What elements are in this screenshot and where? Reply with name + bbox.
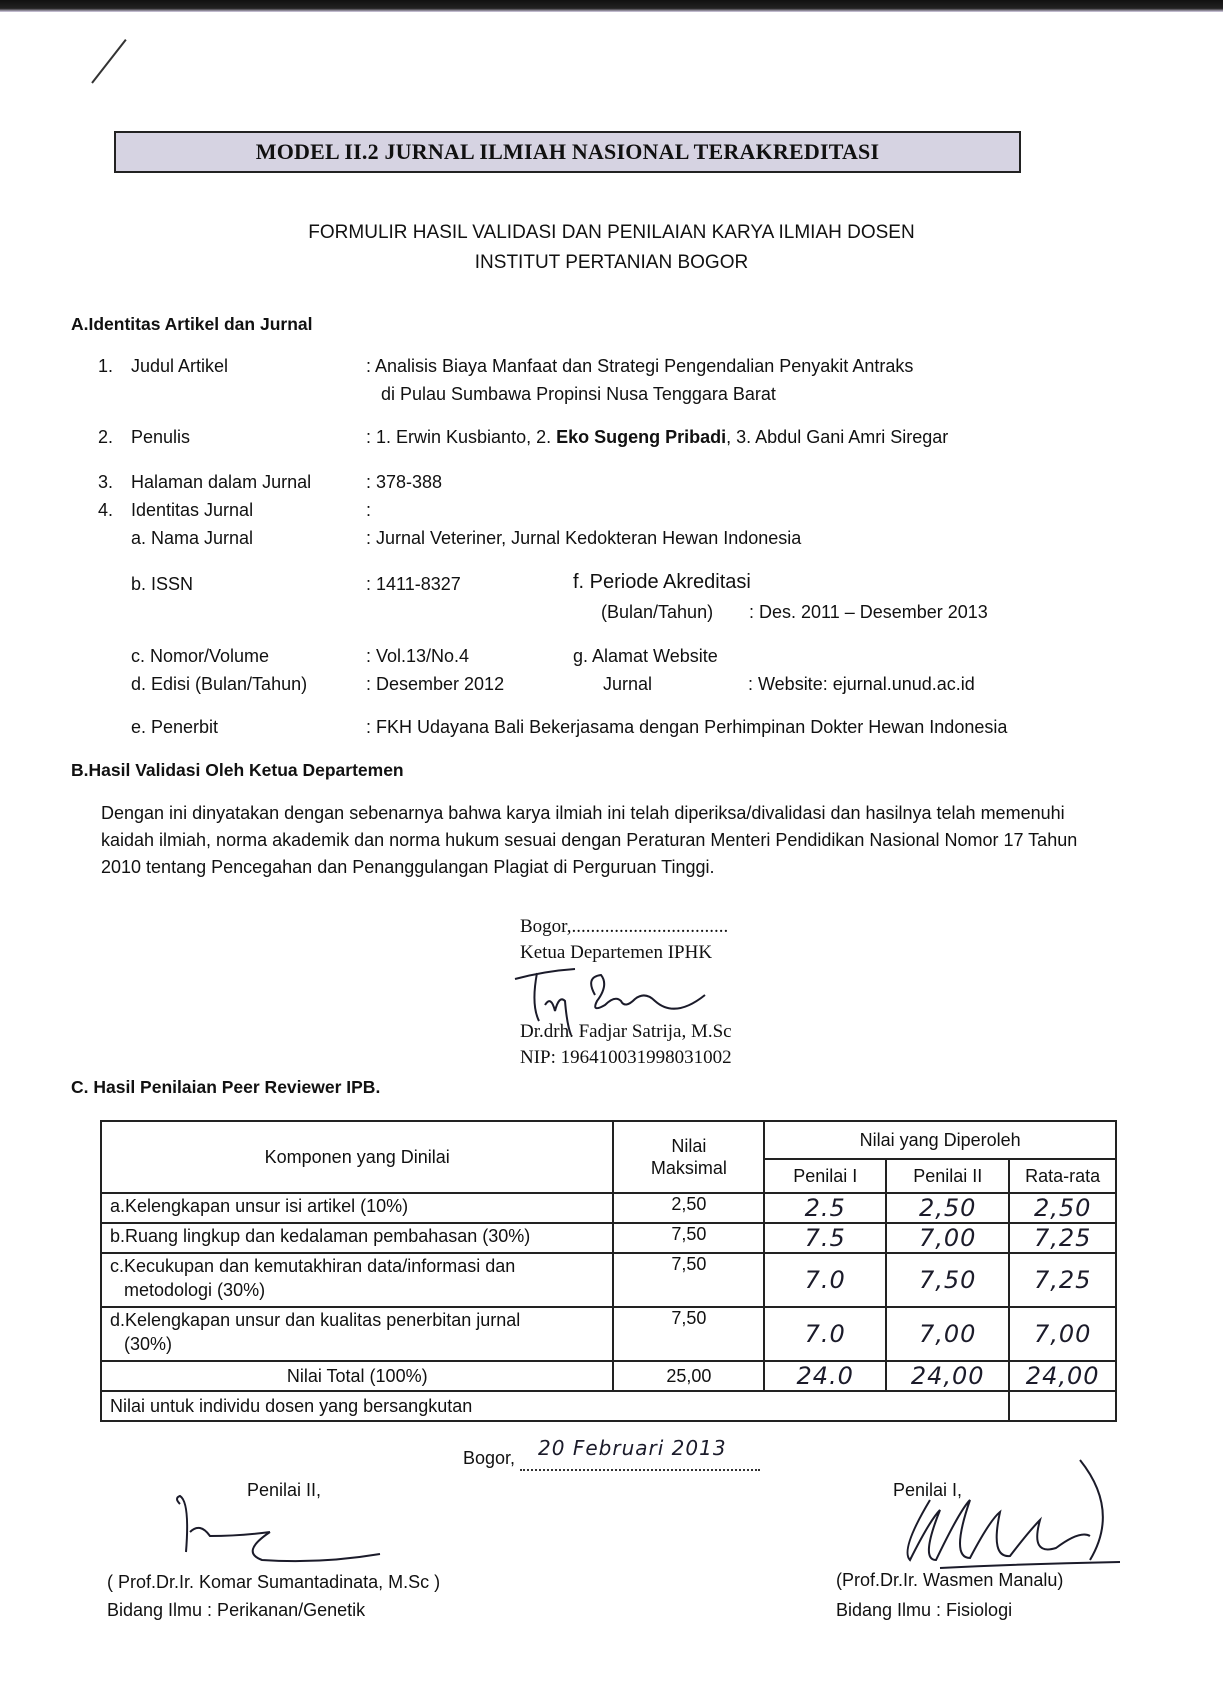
ketua-name: Dr.drh. Fadjar Satrija, M.Sc [520, 1019, 732, 1044]
ketua-role: Ketua Departemen IPHK [520, 940, 712, 965]
validation-paragraph: Dengan ini dinyatakan dengan sebenarnya … [101, 800, 1121, 881]
row-komponen: b.Ruang lingkup dan kedalaman pembahasan… [101, 1223, 613, 1253]
header-nilai-maksimal: NilaiMaksimal [613, 1121, 764, 1193]
penulis-value: : 1. Erwin Kusbianto, 2. Eko Sugeng Prib… [366, 427, 948, 448]
row-komponen: d.Kelengkapan unsur dan kualitas penerbi… [101, 1307, 613, 1361]
judul-value-cont: di Pulau Sumbawa Propinsi Nusa Tenggara … [381, 384, 776, 405]
website-sublabel: Jurnal [603, 674, 652, 695]
penilai-1-name: (Prof.Dr.Ir. Wasmen Manalu) [836, 1570, 1063, 1591]
halaman-num: 3. [98, 472, 113, 493]
row-komponen: a.Kelengkapan unsur isi artikel (10%) [101, 1193, 613, 1223]
row-penilai-1: 7.0 [764, 1253, 886, 1307]
row-penilai-2: 2,50 [886, 1193, 1009, 1223]
review-date: 20 Februari 2013 [538, 1436, 727, 1460]
row-maksimal: 7,50 [613, 1223, 764, 1253]
header-nilai-diperoleh: Nilai yang Diperoleh [764, 1121, 1116, 1159]
header-nilai: Nilai [671, 1136, 706, 1156]
row-komponen-line2: metodologi (30%) [110, 1278, 265, 1302]
institution-title: INSTITUT PERTANIAN BOGOR [0, 252, 1223, 274]
row-penilai-1: 7.5 [764, 1223, 886, 1253]
form-title: FORMULIR HASIL VALIDASI DAN PENILAIAN KA… [0, 222, 1223, 244]
total-label: Nilai Total (100%) [101, 1361, 613, 1391]
total-row: Nilai Total (100%) 25,00 24.0 24,00 24,0… [101, 1361, 1116, 1391]
total-maksimal: 25,00 [613, 1361, 764, 1391]
halaman-label: Halaman dalam Jurnal [131, 472, 311, 493]
identitas-num: 4. [98, 500, 113, 521]
section-b-heading: B.Hasil Validasi Oleh Ketua Departemen [71, 760, 404, 781]
header-komponen: Komponen yang Dinilai [101, 1121, 613, 1193]
penulis-num: 2. [98, 427, 113, 448]
penulis-label: Penulis [131, 427, 190, 448]
section-a-heading: A.Identitas Artikel dan Jurnal [71, 314, 313, 335]
periode-sublabel: (Bulan/Tahun) [601, 602, 713, 623]
penulis-bold-author: Eko Sugeng Pribadi [556, 427, 726, 447]
pen-mark [91, 39, 126, 84]
edisi-value: : Desember 2012 [366, 674, 504, 695]
penilai-2-bidang: Bidang Ilmu : Perikanan/Genetik [107, 1600, 365, 1621]
row-rata-rata: 7,00 [1009, 1307, 1116, 1361]
nomor-label: c. Nomor/Volume [131, 646, 269, 667]
penerbit-label: e. Penerbit [131, 717, 218, 738]
header-penilai-2: Penilai II [886, 1159, 1009, 1193]
row-penilai-2: 7,50 [886, 1253, 1009, 1307]
header-maksimal: Maksimal [651, 1158, 727, 1178]
row-penilai-1: 7.0 [764, 1307, 886, 1361]
row-komponen-line2: (30%) [110, 1332, 172, 1356]
judul-label: Judul Artikel [131, 356, 228, 377]
periode-label: f. Periode Akreditasi [573, 571, 751, 594]
penulis-prefix: : 1. Erwin Kusbianto, 2. [366, 427, 556, 447]
individu-value [1009, 1391, 1116, 1421]
row-maksimal: 7,50 [613, 1253, 764, 1307]
nama-jurnal-value: : Jurnal Veteriner, Jurnal Kedokteran He… [366, 528, 801, 549]
row-komponen-line1: c.Kecukupan dan kemutakhiran data/inform… [110, 1256, 515, 1276]
row-penilai-2: 7,00 [886, 1223, 1009, 1253]
total-penilai-1: 24.0 [764, 1361, 886, 1391]
halaman-value: : 378-388 [366, 472, 442, 493]
total-penilai-2: 24,00 [886, 1361, 1009, 1391]
edisi-label: d. Edisi (Bulan/Tahun) [131, 674, 307, 695]
ketua-nip: NIP: 196410031998031002 [520, 1045, 732, 1070]
website-label: g. Alamat Website [573, 646, 718, 667]
table-row: d.Kelengkapan unsur dan kualitas penerbi… [101, 1307, 1116, 1361]
assessment-table: Komponen yang Dinilai NilaiMaksimal Nila… [100, 1120, 1117, 1422]
identitas-label: Identitas Jurnal [131, 500, 253, 521]
row-rata-rata: 2,50 [1009, 1193, 1116, 1223]
review-date-field: 20 Februari 2013 [520, 1448, 760, 1471]
penerbit-value: : FKH Udayana Bali Bekerjasama dengan Pe… [366, 717, 1007, 738]
identitas-value: : [366, 500, 371, 521]
review-place: Bogor, 20 Februari 2013 [463, 1448, 760, 1471]
section-c-heading: C. Hasil Penilaian Peer Reviewer IPB. [71, 1077, 380, 1098]
total-rata-rata: 24,00 [1009, 1361, 1116, 1391]
row-komponen-line1: d.Kelengkapan unsur dan kualitas penerbi… [110, 1310, 520, 1330]
table-row: a.Kelengkapan unsur isi artikel (10%) 2,… [101, 1193, 1116, 1223]
row-maksimal: 2,50 [613, 1193, 764, 1223]
table-row: c.Kecukupan dan kemutakhiran data/inform… [101, 1253, 1116, 1307]
row-komponen: c.Kecukupan dan kemutakhiran data/inform… [101, 1253, 613, 1307]
review-place-label: Bogor, [463, 1448, 520, 1468]
judul-value: : Analisis Biaya Manfaat dan Strategi Pe… [366, 356, 913, 377]
row-penilai-1: 2.5 [764, 1193, 886, 1223]
penilai-1-bidang: Bidang Ilmu : Fisiologi [836, 1600, 1012, 1621]
header-rata-rata: Rata-rata [1009, 1159, 1116, 1193]
website-value: : Website: ejurnal.unud.ac.id [748, 674, 975, 695]
penulis-suffix: , 3. Abdul Gani Amri Siregar [726, 427, 948, 447]
penilai-2-name: ( Prof.Dr.Ir. Komar Sumantadinata, M.Sc … [107, 1572, 440, 1593]
scan-edge [0, 0, 1223, 12]
header-penilai-1: Penilai I [764, 1159, 886, 1193]
penilai-2-signature [170, 1492, 410, 1572]
row-maksimal: 7,50 [613, 1307, 764, 1361]
penilai-1-signature [880, 1440, 1140, 1570]
row-rata-rata: 7,25 [1009, 1253, 1116, 1307]
ketua-place: Bogor,................................. [520, 914, 728, 939]
individu-label: Nilai untuk individu dosen yang bersangk… [101, 1391, 1009, 1421]
judul-num: 1. [98, 356, 113, 377]
model-title: MODEL II.2 JURNAL ILMIAH NASIONAL TERAKR… [256, 139, 880, 165]
issn-label: b. ISSN [131, 574, 193, 595]
individu-row: Nilai untuk individu dosen yang bersangk… [101, 1391, 1116, 1421]
table-row: b.Ruang lingkup dan kedalaman pembahasan… [101, 1223, 1116, 1253]
nama-jurnal-label: a. Nama Jurnal [131, 528, 253, 549]
issn-value: : 1411-8327 [366, 574, 461, 595]
nomor-value: : Vol.13/No.4 [366, 646, 469, 667]
periode-value: : Des. 2011 – Desember 2013 [749, 602, 988, 623]
row-penilai-2: 7,00 [886, 1307, 1009, 1361]
model-title-box: MODEL II.2 JURNAL ILMIAH NASIONAL TERAKR… [114, 131, 1021, 173]
row-rata-rata: 7,25 [1009, 1223, 1116, 1253]
